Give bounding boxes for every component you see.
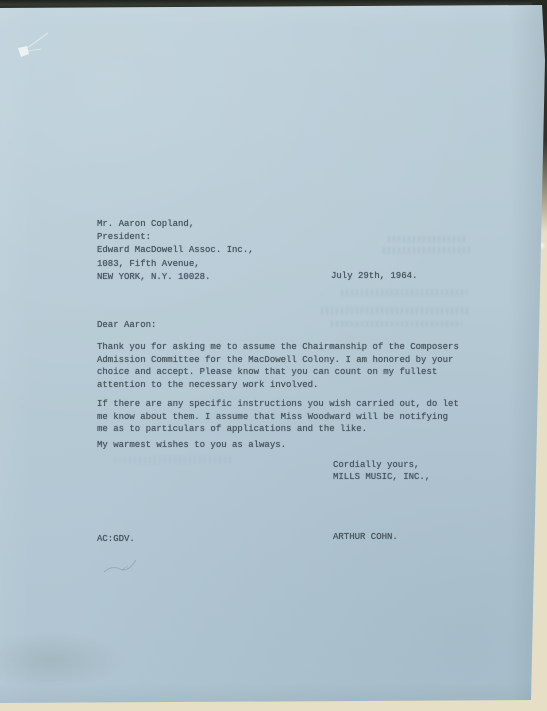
- show-through-impression: [341, 289, 467, 296]
- signature-name: ARTHUR COHN.: [333, 531, 398, 544]
- body-paragraph-2: If there are any specific instructions y…: [97, 398, 459, 436]
- date-line: July 29th, 1964.: [331, 270, 417, 283]
- body-paragraph-3: My warmest wishes to you as always.: [97, 439, 286, 452]
- show-through-impression: [383, 247, 471, 254]
- show-through-impression: [331, 321, 462, 327]
- letter-paper: Mr. Aaron Copland, President: Edward Mac…: [0, 0, 547, 711]
- salutation: Dear Aaron:: [97, 319, 156, 332]
- typist-initials: AC:GDV.: [97, 533, 135, 546]
- show-through-impression: [388, 236, 466, 242]
- recipient-address: Mr. Aaron Copland, President: Edward Mac…: [97, 218, 254, 284]
- scanned-letter: Mr. Aaron Copland, President: Edward Mac…: [0, 0, 547, 711]
- show-through-impression: [321, 307, 468, 314]
- pencil-mark: [98, 550, 150, 582]
- body-paragraph-1: Thank you for asking me to assume the Ch…: [97, 341, 459, 392]
- crease-mark: [8, 24, 60, 68]
- smudge-mark: [0, 632, 125, 684]
- show-through-impression: [114, 456, 234, 464]
- closing-block: Cordially yours, MILLS MUSIC, INC.,: [333, 459, 430, 484]
